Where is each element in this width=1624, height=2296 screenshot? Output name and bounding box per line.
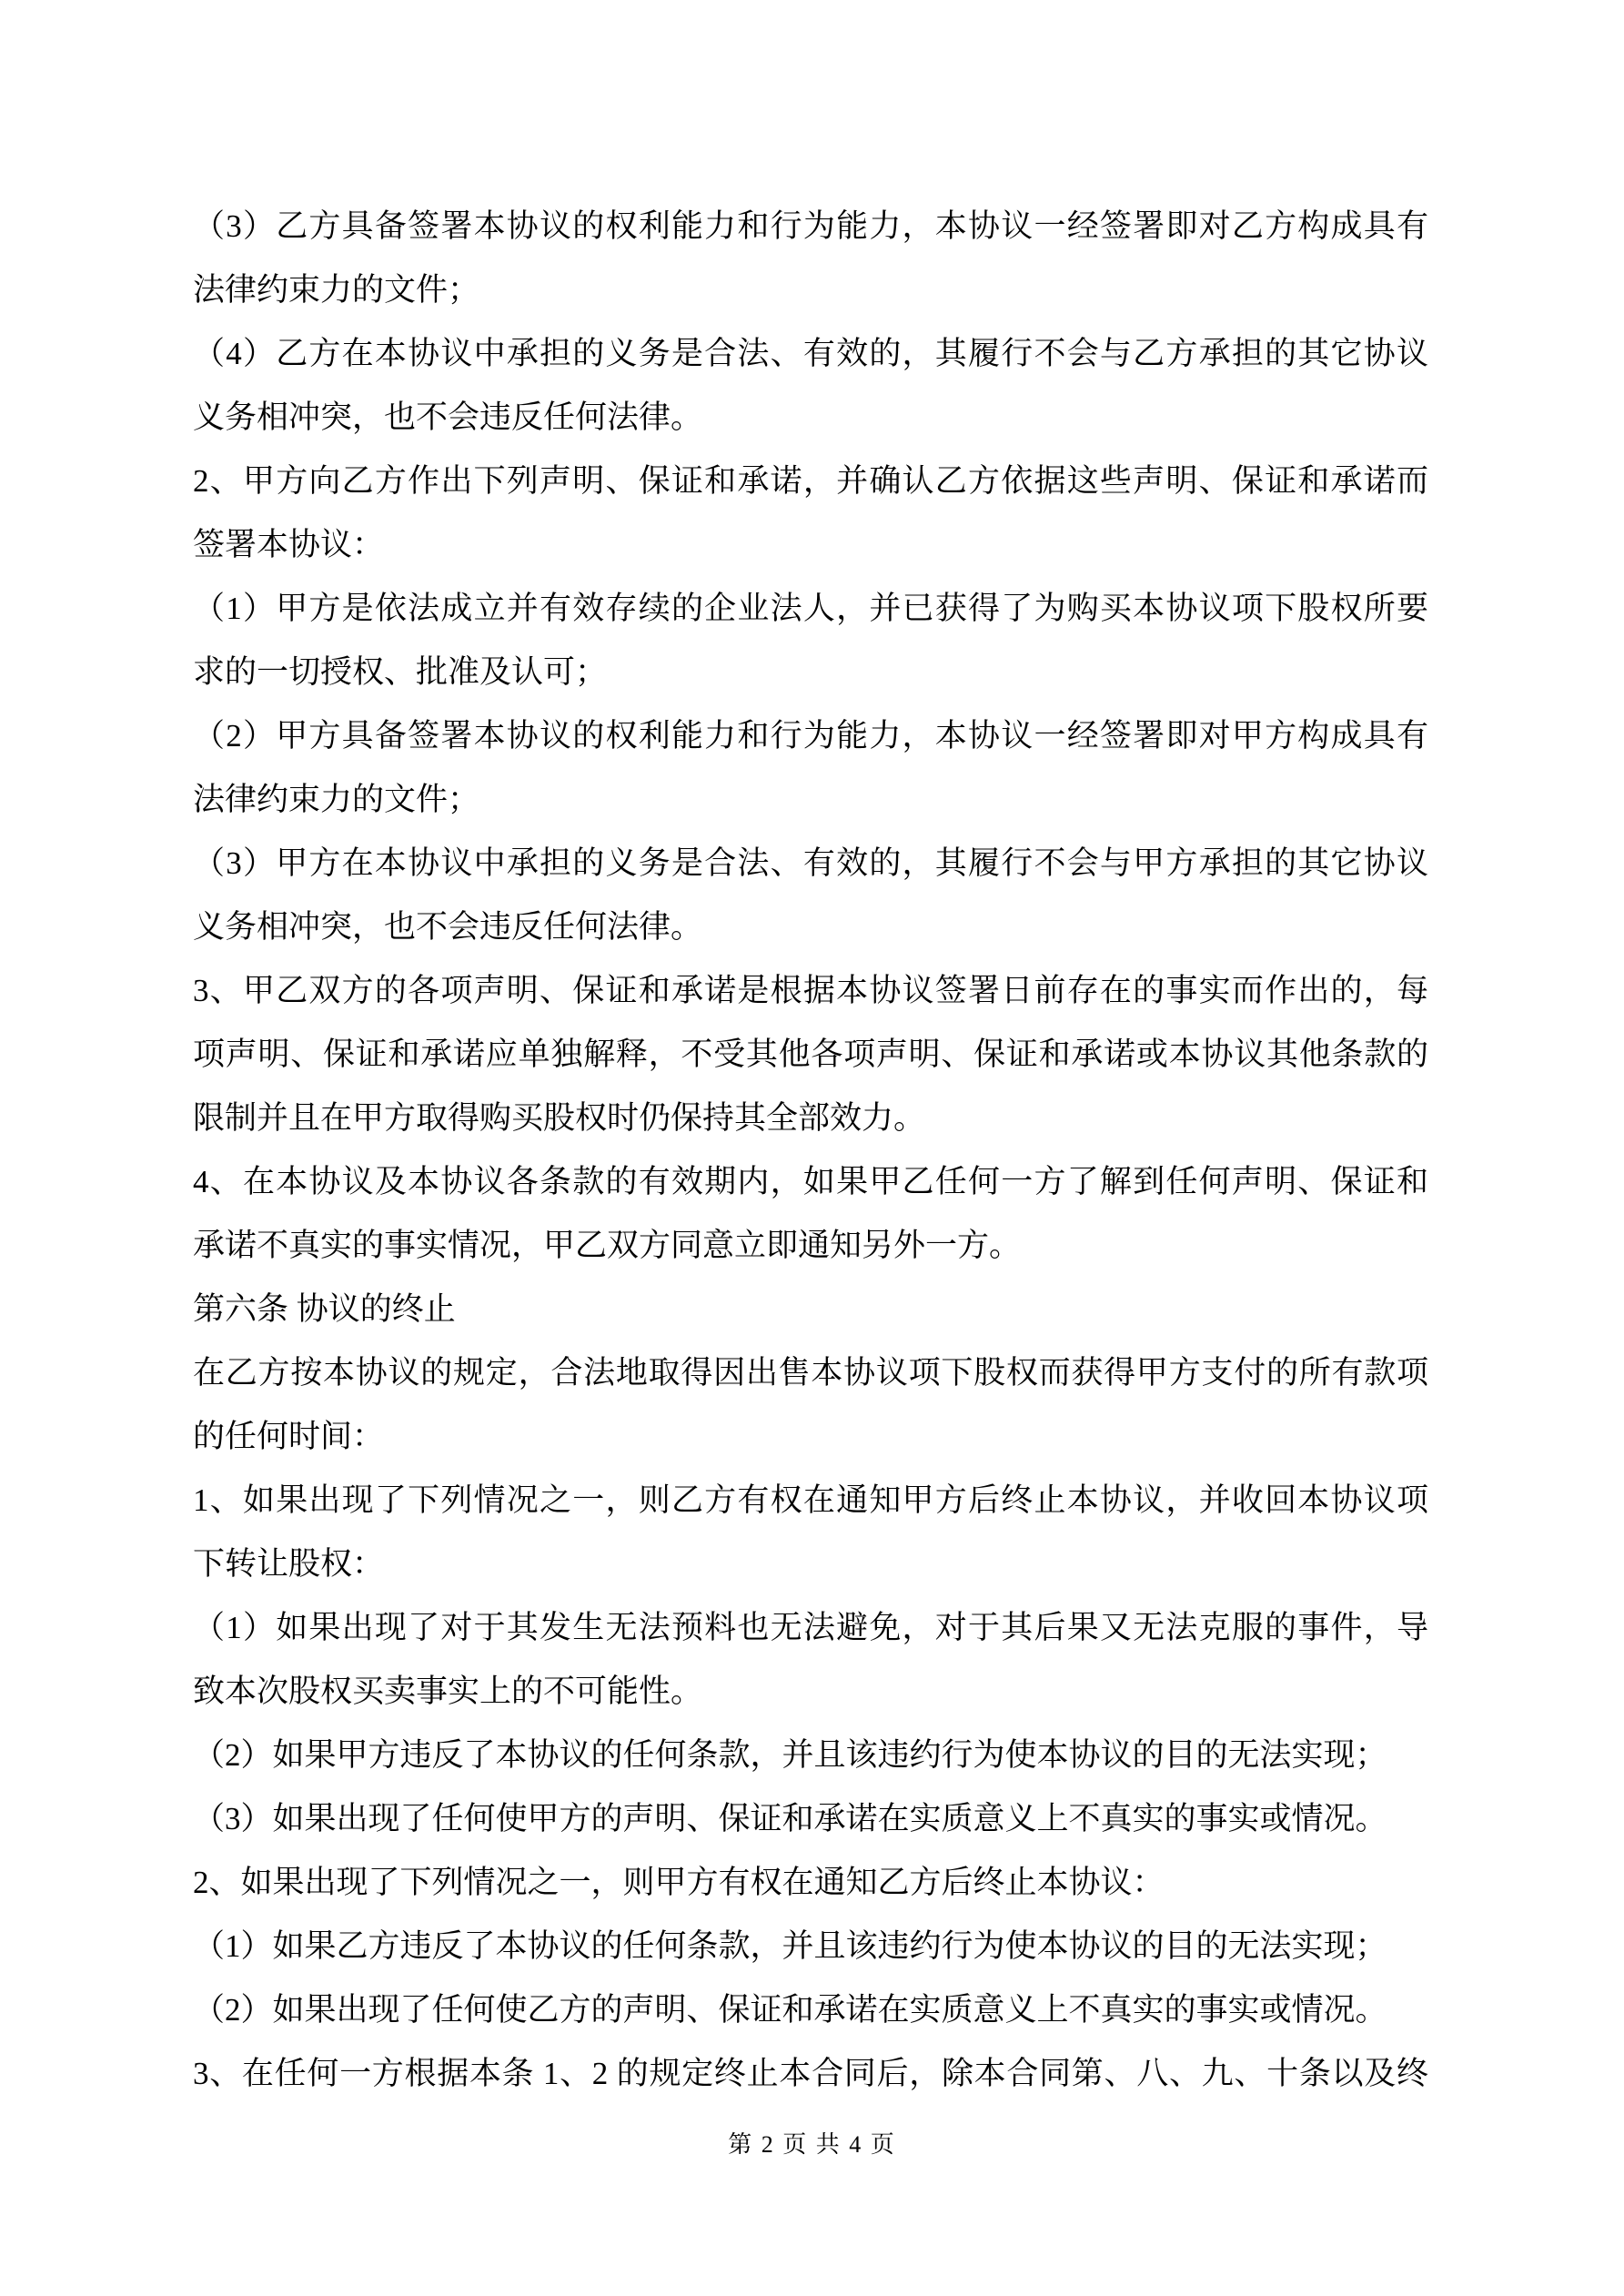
text-line: 法律约束力的文件； — [193, 258, 1428, 322]
text-line: （1）如果出现了对于其发生无法预料也无法避免，对于其后果又无法克服的事件，导 — [193, 1596, 1428, 1660]
text-line: 第六条 协议的终止 — [193, 1278, 1428, 1341]
page-number: 第 2 页 共 4 页 — [728, 2131, 896, 2158]
contract-body: （3）乙方具备签署本协议的权利能力和行为能力，本协议一经签署即对乙方构成具有法律… — [193, 195, 1428, 2106]
text-line: （4）乙方在本协议中承担的义务是合法、有效的，其履行不会与乙方承担的其它协议 — [193, 322, 1428, 386]
text-line: 2、甲方向乙方作出下列声明、保证和承诺，并确认乙方依据这些声明、保证和承诺而 — [193, 450, 1428, 513]
text-line: 限制并且在甲方取得购买股权时仍保持其全部效力。 — [193, 1087, 1428, 1150]
text-line: 4、在本协议及本协议各条款的有效期内，如果甲乙任何一方了解到任何声明、保证和 — [193, 1150, 1428, 1214]
text-line: （3）如果出现了任何使甲方的声明、保证和承诺在实质意义上不真实的事实或情况。 — [193, 1787, 1428, 1851]
text-line: 的任何时间： — [193, 1405, 1428, 1469]
text-line: 1、如果出现了下列情况之一，则乙方有权在通知甲方后终止本协议，并收回本协议项 — [193, 1469, 1428, 1532]
text-line: （1）如果乙方违反了本协议的任何条款，并且该违约行为使本协议的目的无法实现； — [193, 1915, 1428, 1978]
text-line: （3）乙方具备签署本协议的权利能力和行为能力，本协议一经签署即对乙方构成具有 — [193, 195, 1428, 258]
text-line: （1）甲方是依法成立并有效存续的企业法人，并已获得了为购买本协议项下股权所要 — [193, 577, 1428, 641]
text-line: 求的一切授权、批准及认可； — [193, 641, 1428, 704]
text-line: （2）甲方具备签署本协议的权利能力和行为能力，本协议一经签署即对甲方构成具有 — [193, 704, 1428, 768]
text-line: 3、甲乙双方的各项声明、保证和承诺是根据本协议签署日前存在的事实而作出的，每 — [193, 959, 1428, 1023]
text-line: 义务相冲突，也不会违反任何法律。 — [193, 386, 1428, 450]
text-line: （2）如果甲方违反了本协议的任何条款，并且该违约行为使本协议的目的无法实现； — [193, 1724, 1428, 1787]
page-footer: 第 2 页 共 4 页 — [0, 2127, 1624, 2163]
text-line: 法律约束力的文件； — [193, 768, 1428, 832]
text-line: 承诺不真实的事实情况，甲乙双方同意立即通知另外一方。 — [193, 1214, 1428, 1278]
text-line: 签署本协议： — [193, 513, 1428, 577]
text-line: 致本次股权买卖事实上的不可能性。 — [193, 1660, 1428, 1724]
text-line: 2、如果出现了下列情况之一，则甲方有权在通知乙方后终止本协议： — [193, 1851, 1428, 1915]
text-line: 义务相冲突，也不会违反任何法律。 — [193, 895, 1428, 959]
text-line: （3）甲方在本协议中承担的义务是合法、有效的，其履行不会与甲方承担的其它协议 — [193, 832, 1428, 895]
text-line: 3、在任何一方根据本条 1、2 的规定终止本合同后，除本合同第、八、九、十条以及… — [193, 2042, 1428, 2106]
text-line: （2）如果出现了任何使乙方的声明、保证和承诺在实质意义上不真实的事实或情况。 — [193, 1978, 1428, 2042]
document-page: （3）乙方具备签署本协议的权利能力和行为能力，本协议一经签署即对乙方构成具有法律… — [0, 0, 1624, 2296]
text-line: 在乙方按本协议的规定，合法地取得因出售本协议项下股权而获得甲方支付的所有款项 — [193, 1341, 1428, 1405]
text-line: 项声明、保证和承诺应单独解释，不受其他各项声明、保证和承诺或本协议其他条款的 — [193, 1023, 1428, 1087]
text-line: 下转让股权： — [193, 1532, 1428, 1596]
